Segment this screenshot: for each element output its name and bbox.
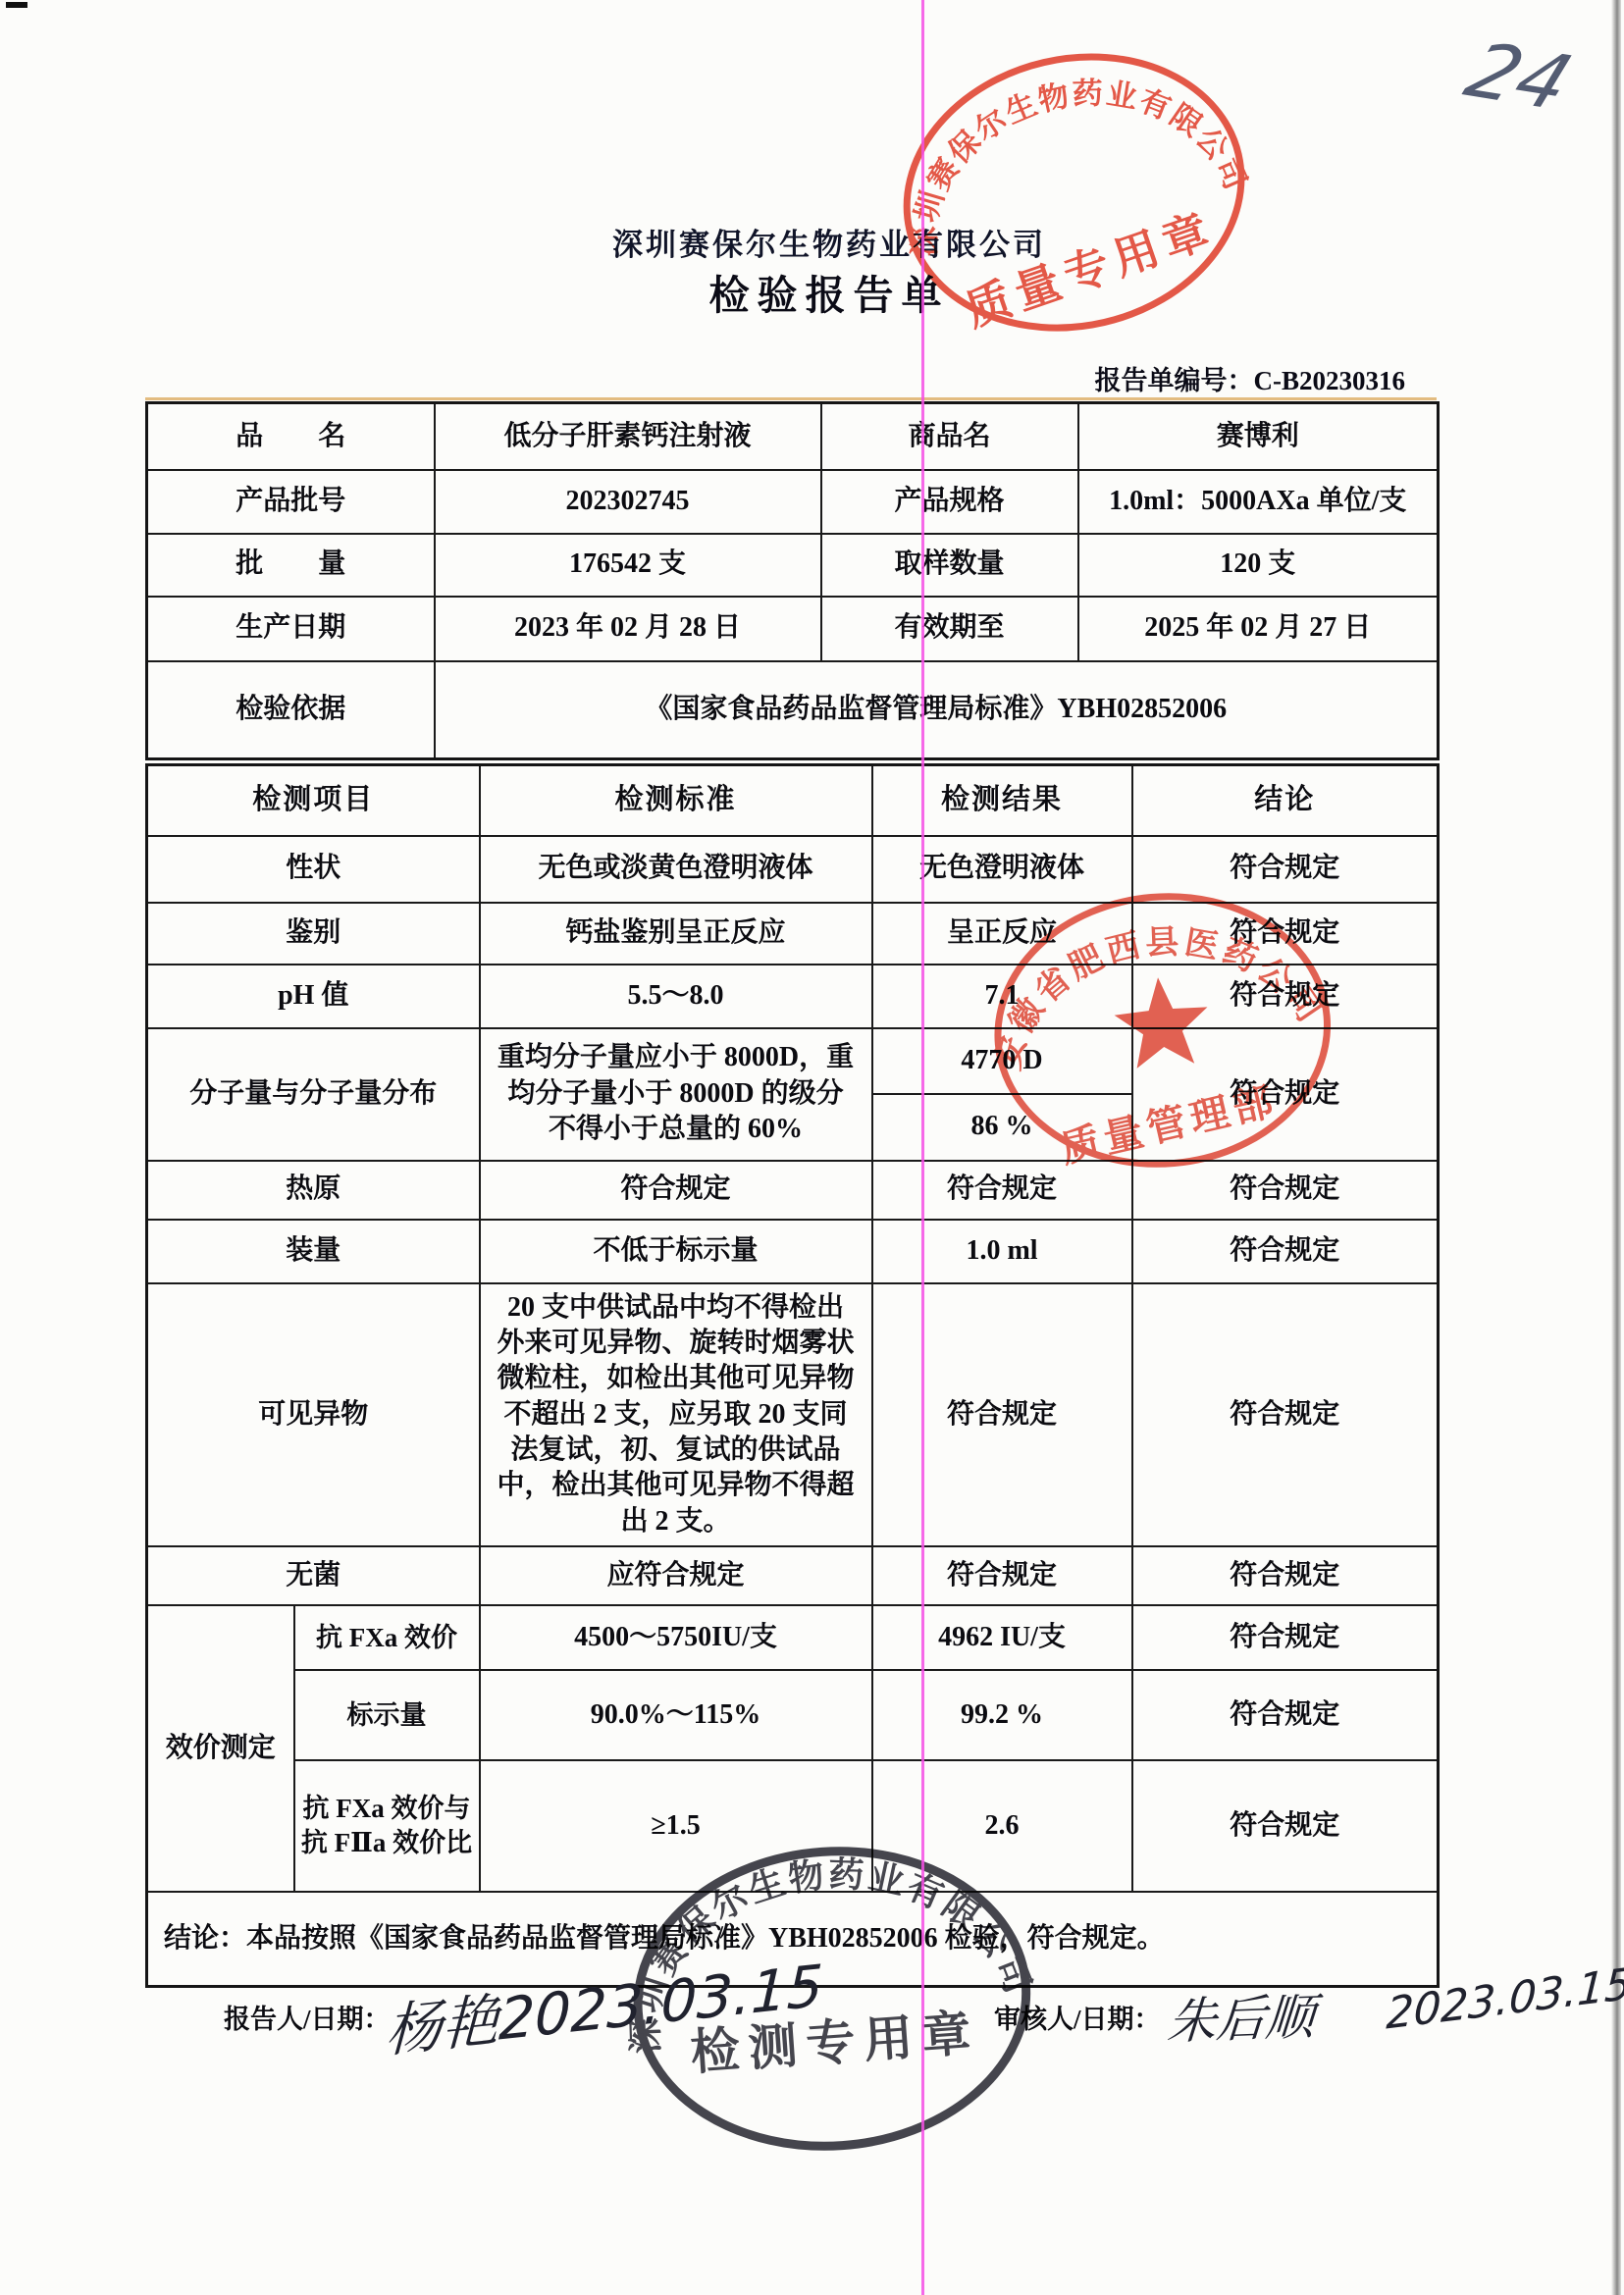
standard-cell: 不低于标示量	[480, 1220, 872, 1283]
item-cell: 无菌	[147, 1546, 480, 1605]
info-value: 赛博利	[1078, 403, 1439, 470]
result-cell: 99.2 %	[872, 1670, 1132, 1760]
standard-cell: 符合规定	[480, 1161, 872, 1220]
table-row: 装量 不低于标示量 1.0 ml 符合规定	[147, 1220, 1439, 1283]
result-cell: 7.1	[872, 965, 1132, 1028]
result-cell: 符合规定	[872, 1161, 1132, 1220]
info-value: 1.0ml：5000AXa 单位/支	[1078, 470, 1439, 534]
item-cell: 鉴别	[147, 903, 480, 965]
item-cell: 热原	[147, 1161, 480, 1220]
table-row: pH 值 5.5～8.0 7.1 符合规定	[147, 965, 1439, 1028]
standard-cell: 重均分子量应小于 8000D，重均分子量小于 8000D 的级分不得小于总量的 …	[480, 1028, 872, 1161]
tables-container: 品 名 低分子肝素钙注射液 商品名 赛博利 产品批号 202302745 产品规…	[145, 401, 1437, 1988]
reporter-label: 报告人/日期：	[224, 1998, 391, 2036]
table-row: 可见异物 20 支中供试品中均不得检出外来可见异物、旋转时烟雾状微粒柱，如检出其…	[147, 1283, 1439, 1547]
handwritten-page-number: 24	[1454, 27, 1583, 127]
item-cell: 可见异物	[147, 1283, 480, 1547]
table-row: 批 量 176542 支 取样数量 120 支	[147, 534, 1439, 597]
table-row: 热原 符合规定 符合规定 符合规定	[147, 1161, 1439, 1220]
info-value: 低分子肝素钙注射液	[435, 403, 821, 470]
conclusion-cell: 符合规定	[1132, 1161, 1439, 1220]
report-number-value: C-B20230316	[1254, 366, 1406, 395]
scan-magenta-line	[921, 0, 924, 2295]
conclusion-cell: 符合规定	[1132, 1605, 1439, 1670]
table-row: 无菌 应符合规定 符合规定 符合规定	[147, 1546, 1439, 1605]
result-table: 检测项目 检测标准 检测结果 结论 性状 无色或淡黄色澄明液体 无色澄明液体 符…	[145, 763, 1440, 1988]
item-cell: 抗 FXa 效价	[294, 1605, 480, 1670]
table-row: 抗 FXa 效价与抗 FⅡa 效价比 ≥1.5 2.6 符合规定	[147, 1760, 1439, 1892]
info-value: 176542 支	[435, 534, 821, 597]
conclusion-cell: 符合规定	[1132, 1220, 1439, 1283]
item-cell: 分子量与分子量分布	[147, 1028, 480, 1161]
table-row: 效价测定 抗 FXa 效价 4500～5750IU/支 4962 IU/支 符合…	[147, 1605, 1439, 1670]
item-cell: 抗 FXa 效价与抗 FⅡa 效价比	[294, 1760, 480, 1892]
standard-cell: 5.5～8.0	[480, 965, 872, 1028]
item-cell: 性状	[147, 836, 480, 903]
table-row: 生产日期 2023 年 02 月 28 日 有效期至 2025 年 02 月 2…	[147, 597, 1439, 661]
item-cell: 标示量	[294, 1670, 480, 1760]
table-row: 检验依据 《国家食品药品监督管理局标准》YBH02852006	[147, 661, 1439, 759]
info-label: 产品规格	[821, 470, 1078, 534]
standard-cell: 钙盐鉴别呈正反应	[480, 903, 872, 965]
standard-cell: 无色或淡黄色澄明液体	[480, 836, 872, 903]
info-label: 检验依据	[147, 661, 435, 759]
info-value: 202302745	[435, 470, 821, 534]
conclusion-cell: 符合规定	[1132, 1546, 1439, 1605]
result-cell: 呈正反应	[872, 903, 1132, 965]
result-cell: 2.6	[872, 1760, 1132, 1892]
result-cell: 4770 D	[872, 1028, 1132, 1094]
column-header: 检测标准	[480, 765, 872, 836]
standard-cell: 应符合规定	[480, 1546, 872, 1605]
conclusion-cell: 符合规定	[1132, 1028, 1439, 1161]
info-label: 品 名	[147, 403, 435, 470]
info-label: 批 量	[147, 534, 435, 597]
table-row: 鉴别 钙盐鉴别呈正反应 呈正反应 符合规定	[147, 903, 1439, 965]
group-label-cell: 效价测定	[147, 1605, 294, 1892]
table-row: 品 名 低分子肝素钙注射液 商品名 赛博利	[147, 403, 1439, 470]
info-value: 2023 年 02 月 28 日	[435, 597, 821, 661]
conclusion-cell: 符合规定	[1132, 903, 1439, 965]
report-number: 报告单编号：C-B20230316	[0, 359, 1405, 397]
reviewer-label: 审核人/日期：	[994, 1998, 1161, 2036]
table-row: 分子量与分子量分布 重均分子量应小于 8000D，重均分子量小于 8000D 的…	[147, 1028, 1439, 1094]
standard-cell: 4500～5750IU/支	[480, 1605, 872, 1670]
info-label: 商品名	[821, 403, 1078, 470]
result-cell: 符合规定	[872, 1283, 1132, 1547]
item-cell: 装量	[147, 1220, 480, 1283]
info-value: 《国家食品药品监督管理局标准》YBH02852006	[435, 661, 1439, 759]
scanned-inspection-report: 24 深圳赛保尔生物药业有限公司 检验报告单 报告单编号：C-B20230316…	[0, 0, 1624, 2295]
result-cell: 86 %	[872, 1094, 1132, 1161]
standard-cell: 20 支中供试品中均不得检出外来可见异物、旋转时烟雾状微粒柱，如检出其他可见异物…	[480, 1283, 872, 1547]
standard-cell: ≥1.5	[480, 1760, 872, 1892]
table-header-row: 检测项目 检测标准 检测结果 结论	[147, 765, 1439, 836]
column-header: 检测结果	[872, 765, 1132, 836]
info-label: 取样数量	[821, 534, 1078, 597]
item-cell: pH 值	[147, 965, 480, 1028]
info-table: 品 名 低分子肝素钙注射液 商品名 赛博利 产品批号 202302745 产品规…	[145, 401, 1440, 760]
info-label: 产品批号	[147, 470, 435, 534]
page-title: 检验报告单	[0, 263, 1624, 321]
result-cell: 1.0 ml	[872, 1220, 1132, 1283]
standard-cell: 90.0%～115%	[480, 1670, 872, 1760]
scan-corner-artifact	[6, 2, 27, 8]
conclusion-cell: 符合规定	[1132, 1670, 1439, 1760]
result-cell: 无色澄明液体	[872, 836, 1132, 903]
column-header: 结论	[1132, 765, 1439, 836]
info-value: 2025 年 02 月 27 日	[1078, 597, 1439, 661]
scan-tint-line	[145, 397, 1437, 400]
result-cell: 4962 IU/支	[872, 1605, 1132, 1670]
result-cell: 符合规定	[872, 1546, 1132, 1605]
conclusion-cell: 符合规定	[1132, 1760, 1439, 1892]
table-row: 产品批号 202302745 产品规格 1.0ml：5000AXa 单位/支	[147, 470, 1439, 534]
reviewer-handwritten-signature: 朱后顺	[1166, 1977, 1318, 2053]
table-row: 性状 无色或淡黄色澄明液体 无色澄明液体 符合规定	[147, 836, 1439, 903]
conclusion-cell: 符合规定	[1132, 836, 1439, 903]
scan-edge-shadow	[1611, 0, 1621, 2295]
conclusion-cell: 符合规定	[1132, 965, 1439, 1028]
info-label: 有效期至	[821, 597, 1078, 661]
info-value: 120 支	[1078, 534, 1439, 597]
reporter-sign-name: 杨艳	[385, 1986, 500, 2065]
company-name: 深圳赛保尔生物药业有限公司	[0, 220, 1624, 264]
report-number-label: 报告单编号：	[1095, 366, 1254, 395]
column-header: 检测项目	[147, 765, 480, 836]
info-label: 生产日期	[147, 597, 435, 661]
table-row: 标示量 90.0%～115% 99.2 % 符合规定	[147, 1670, 1439, 1760]
conclusion-cell: 符合规定	[1132, 1283, 1439, 1547]
